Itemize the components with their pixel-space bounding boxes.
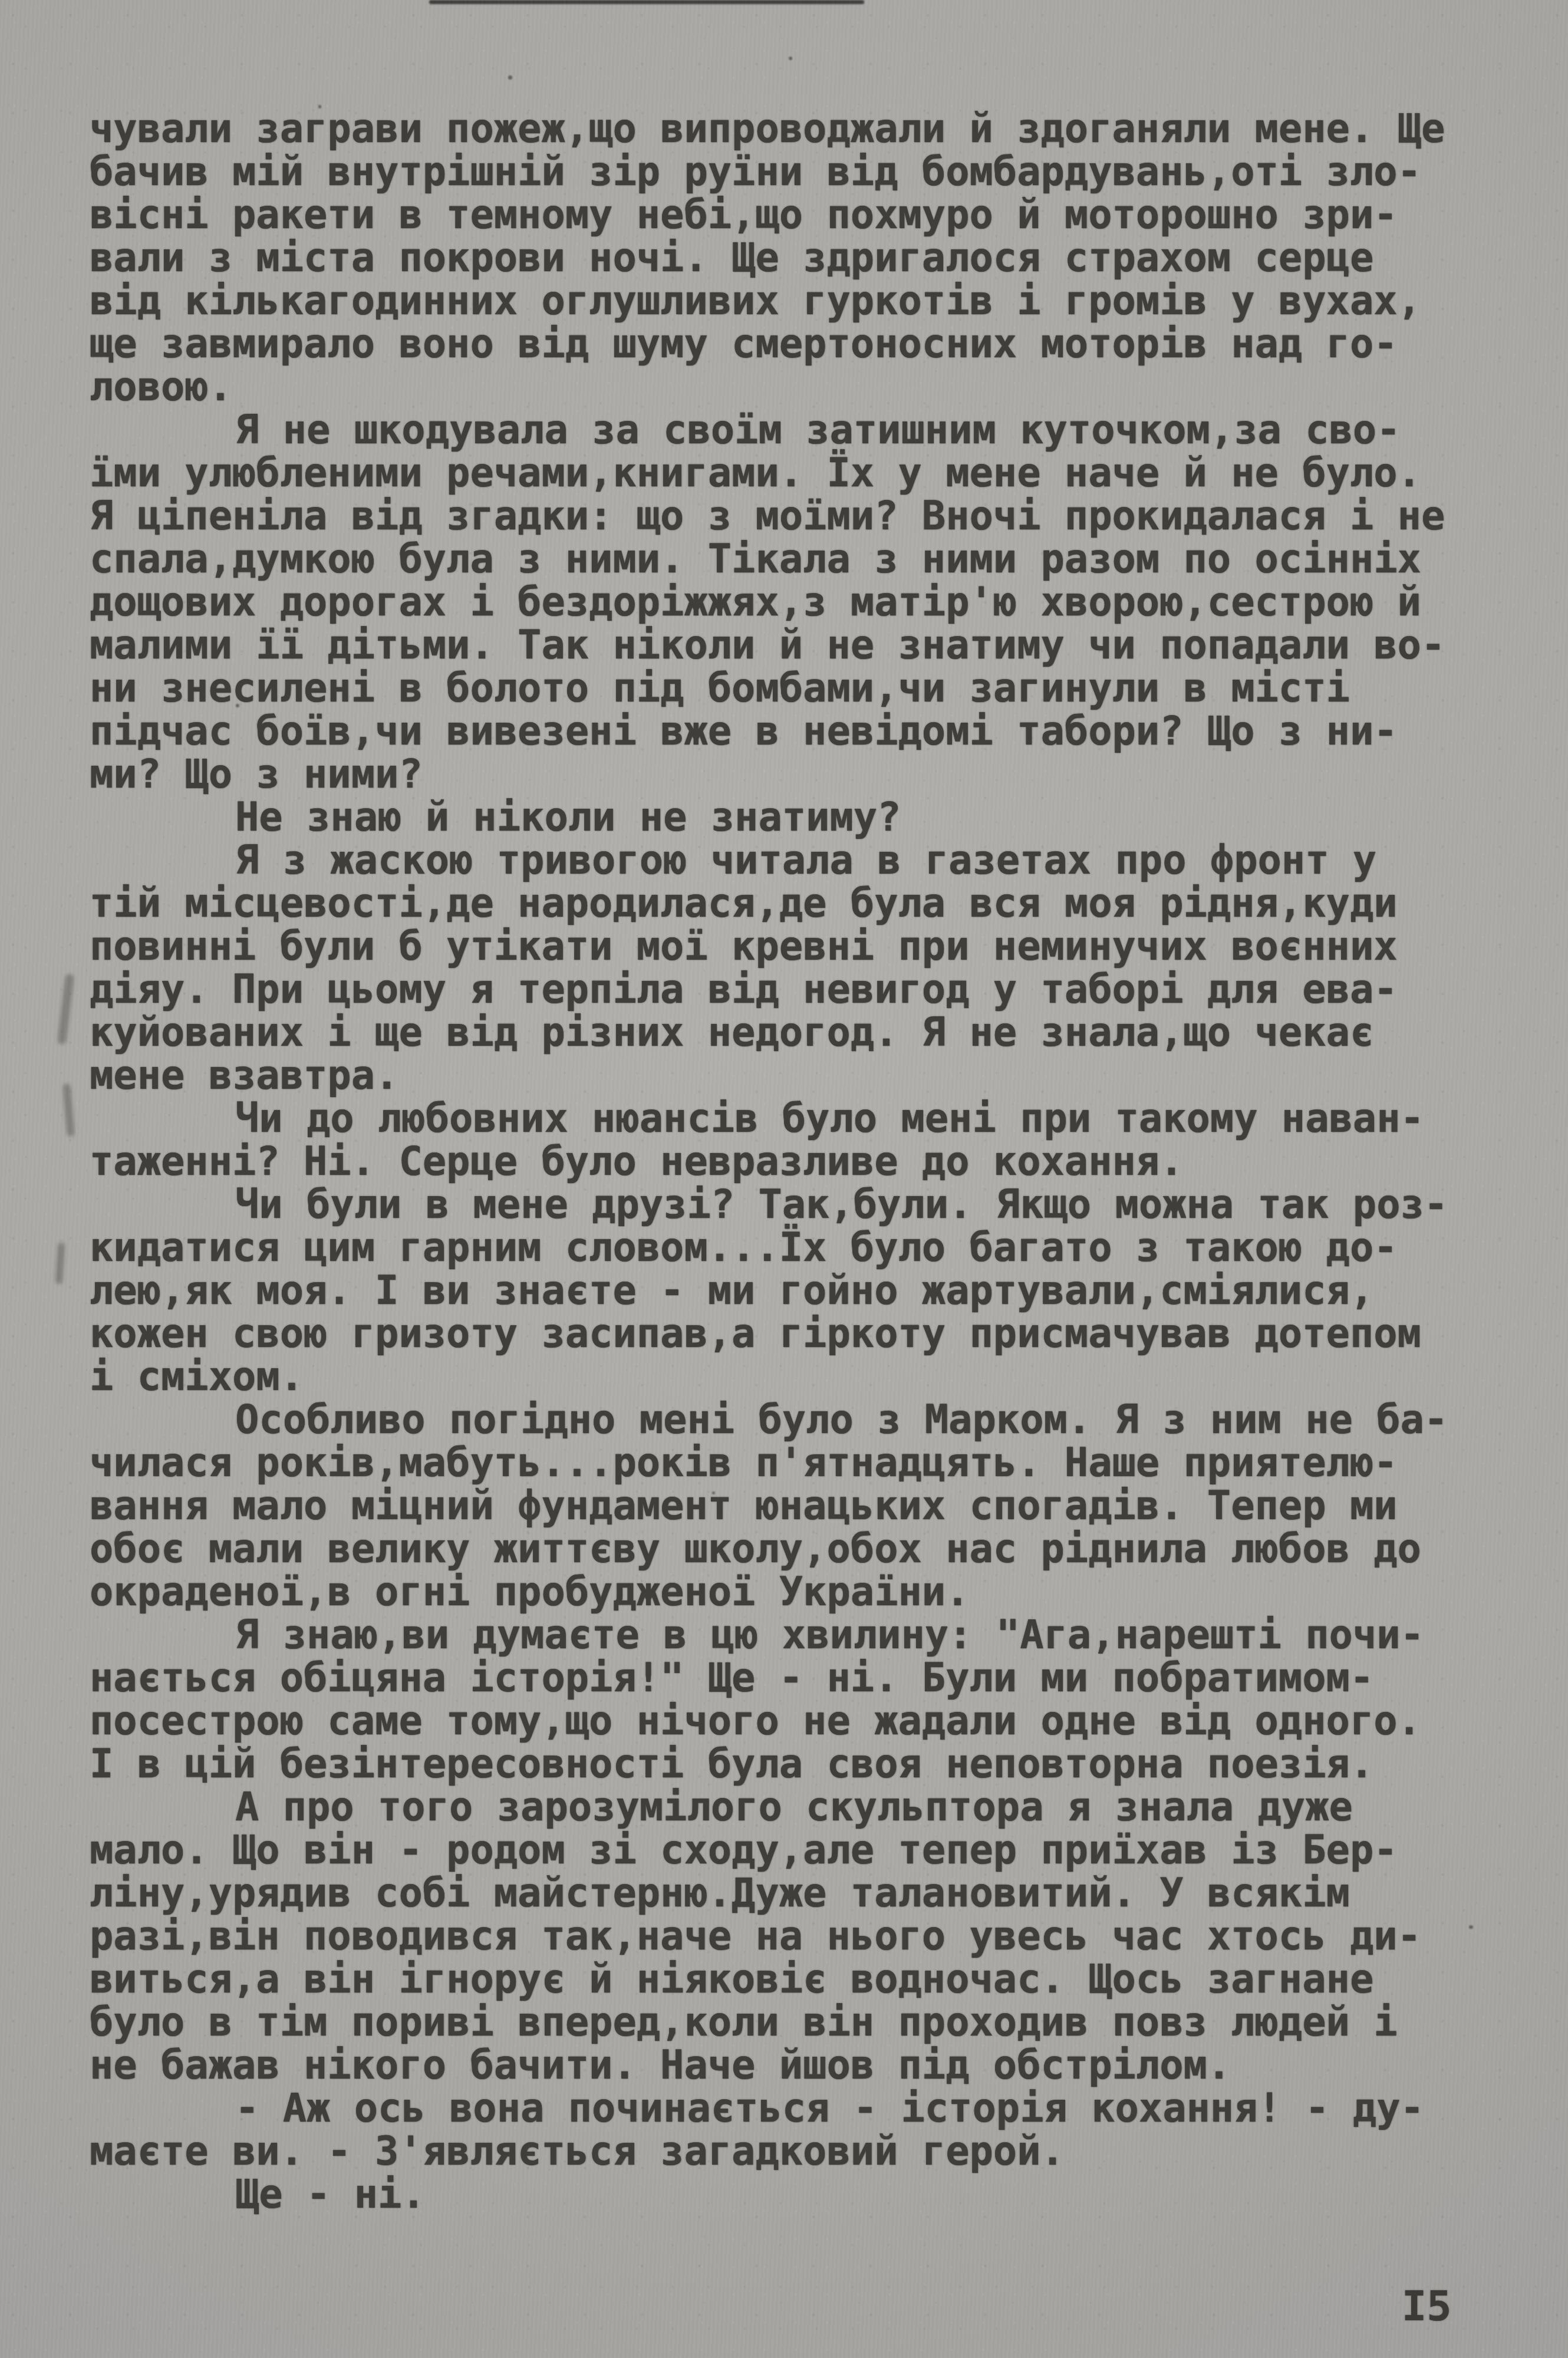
text-line: виться,а він ігнорує й ніяковіє водночас…	[90, 1958, 1540, 2001]
scan-edge-artifact	[429, 0, 864, 4]
ink-speck	[789, 57, 792, 60]
text-line: мене взавтра.	[90, 1054, 1540, 1097]
text-line: куйованих і ще від різних недогод. Я не …	[90, 1011, 1540, 1054]
document-page: чували заграви пожеж,що випроводжали й з…	[0, 0, 1568, 2358]
text-line: - Аж ось вона починається - історія коха…	[90, 2087, 1540, 2130]
text-line: лею,як моя. І ви знаєте - ми гойно жарту…	[90, 1269, 1540, 1312]
ink-smudge	[55, 1243, 65, 1285]
text-line: було в тім пориві вперед,коли він проход…	[90, 2001, 1540, 2044]
text-line: чували заграви пожеж,що випроводжали й з…	[90, 107, 1540, 150]
text-line: ми? Що з ними?	[90, 753, 1540, 796]
text-line: ще завмирало воно від шуму смертоносних …	[90, 322, 1540, 365]
text-line: кидатися цим гарним словом...Їх було баг…	[90, 1226, 1540, 1269]
text-line: їми улюбленими речами,книгами. Їх у мене…	[90, 452, 1540, 495]
text-line: нається обіцяна історія!" Ще - ні. Були …	[90, 1656, 1540, 1700]
text-line: окраденої,в огні пробудженої України.	[90, 1570, 1540, 1613]
text-line: вання мало міцний фундамент юнацьких спо…	[90, 1484, 1540, 1527]
text-line: ліну,урядив собі майстерню.Дуже таланови…	[90, 1872, 1540, 1915]
text-line: не бажав нікого бачити. Наче йшов під об…	[90, 2044, 1540, 2087]
text-line: ловою.	[90, 365, 1540, 409]
text-line: разі,він поводився так,наче на нього уве…	[90, 1915, 1540, 1958]
ink-smudge	[62, 1084, 75, 1137]
text-line: ни знесилені в болото під бомбами,чи заг…	[90, 667, 1540, 710]
text-line: Я не шкодувала за своїм затишним куточко…	[90, 409, 1540, 452]
text-line: спала,думкою була з ними. Тікала з ними …	[90, 538, 1540, 581]
text-line: тій місцевості,де народилася,де була вся…	[90, 882, 1540, 925]
page-number: I5	[1402, 2283, 1451, 2330]
text-line: Особливо погідно мені було з Марком. Я з…	[90, 1398, 1540, 1441]
text-line: кожен свою гризоту засипав,а гіркоту при…	[90, 1312, 1540, 1355]
text-line: повинні були б утікати мої кревні при не…	[90, 925, 1540, 968]
text-line: маєте ви. - З'являється загадковий герой…	[90, 2130, 1540, 2173]
text-line: від кількагодинних оглушливих гуркотів і…	[90, 279, 1540, 322]
text-line: Не знаю й ніколи не знатиму?	[90, 796, 1540, 839]
text-line: малими її дітьми. Так ніколи й не знатим…	[90, 624, 1540, 667]
text-line: Чи до любовних нюансів було мені при так…	[90, 1097, 1540, 1140]
text-line: І в цій безінтересовності була своя непо…	[90, 1743, 1540, 1786]
text-line: Чи були в мене друзі? Так,були. Якщо мож…	[90, 1183, 1540, 1226]
text-line: дощових дорогах і бездоріжжях,з матір'ю …	[90, 581, 1540, 624]
text-line: чилася років,мабуть...років п'ятнадцять.…	[90, 1441, 1540, 1484]
ink-smudge	[57, 974, 75, 1045]
text-line: таженні? Ні. Серце було невразливе до ко…	[90, 1140, 1540, 1183]
ink-speck	[508, 75, 512, 80]
text-line: Я знаю,ви думаєте в цю хвилину: "Ага,нар…	[90, 1613, 1540, 1656]
text-line: підчас боїв,чи вивезені вже в невідомі т…	[90, 710, 1540, 753]
text-line: бачив мій внутрішній зір руїни від бомба…	[90, 150, 1540, 193]
text-line: діяу. При цьому я терпіла від невигод у …	[90, 968, 1540, 1011]
text-line: вали з міста покрови ночі. Ще здригалося…	[90, 236, 1540, 279]
text-line: А про того зарозумілого скульптора я зна…	[90, 1786, 1540, 1829]
text-line: обоє мали велику життєву школу,обох нас …	[90, 1527, 1540, 1570]
text-line: Я з жаскою тривогою читала в газетах про…	[90, 839, 1540, 882]
text-line: посестрою саме тому,що нічого не жадали …	[90, 1700, 1540, 1743]
typewritten-text: чували заграви пожеж,що випроводжали й з…	[90, 107, 1540, 2216]
text-line: Я ціпеніла від згадки: що з моїми? Вночі…	[90, 495, 1540, 538]
text-line: Ще - ні.	[90, 2173, 1540, 2216]
text-line: мало. Що він - родом зі сходу,але тепер …	[90, 1829, 1540, 1872]
text-line: і сміхом.	[90, 1355, 1540, 1398]
text-line: вісні ракети в темному небі,що похмуро й…	[90, 193, 1540, 236]
